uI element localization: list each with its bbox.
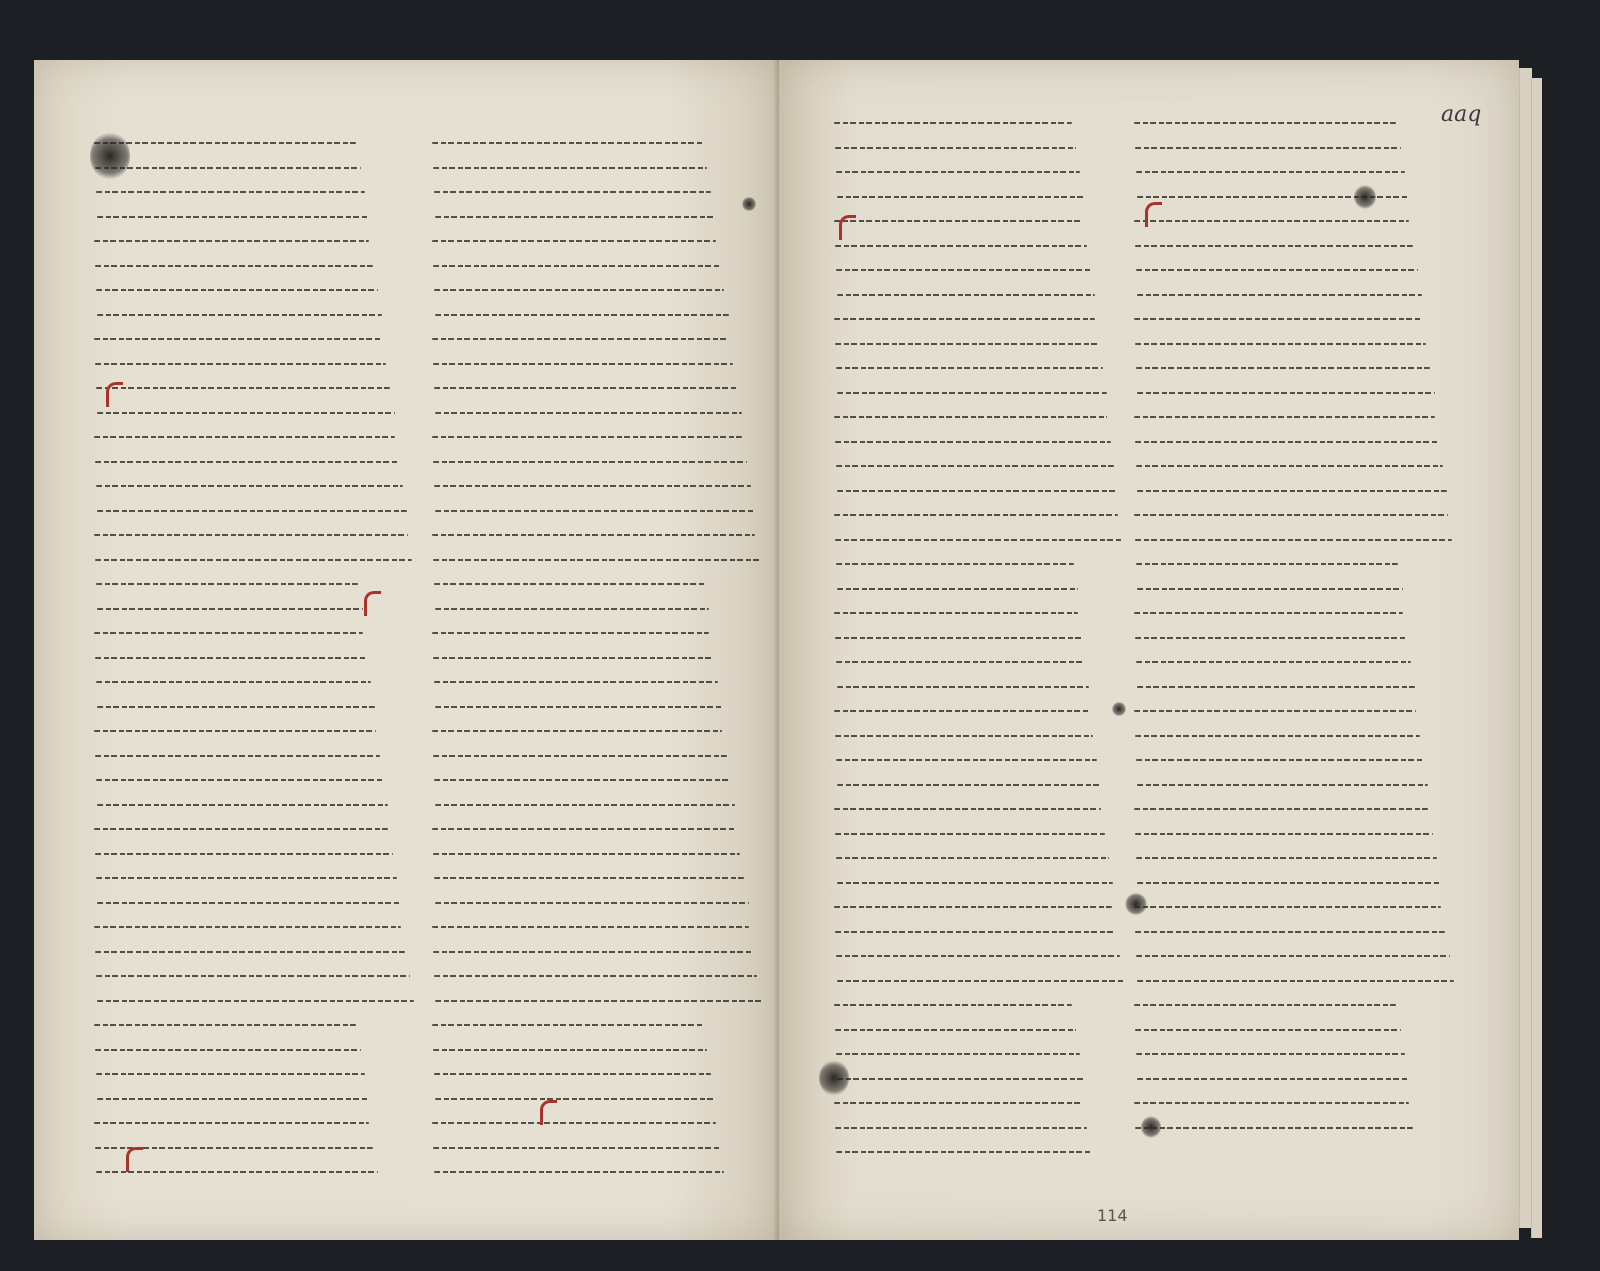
handwritten-line: [834, 318, 1095, 320]
handwritten-line: [97, 216, 369, 218]
handwritten-line: [434, 1073, 711, 1075]
handwritten-line: [1135, 147, 1401, 149]
ink-blot: [1141, 1116, 1161, 1138]
handwritten-line: [834, 1102, 1083, 1104]
handwritten-line: [434, 1171, 724, 1173]
handwritten-line: [97, 1098, 369, 1100]
left-page-column-1: [94, 142, 414, 1196]
handwritten-line: [432, 534, 755, 536]
handwritten-line: [433, 461, 747, 463]
handwritten-line: [1134, 1004, 1396, 1006]
handwritten-line: [434, 485, 751, 487]
red-initial: [1145, 202, 1162, 227]
handwritten-line: [835, 735, 1093, 737]
handwritten-line: [433, 657, 714, 659]
handwritten-line: [1137, 490, 1447, 492]
handwritten-line: [1135, 931, 1445, 933]
handwritten-line: [435, 706, 722, 708]
handwritten-line: [1136, 759, 1424, 761]
pencil-page-number: 114: [1097, 1206, 1128, 1225]
handwritten-line: [836, 269, 1091, 271]
handwritten-line: [1136, 563, 1398, 565]
handwritten-line: [1134, 710, 1416, 712]
handwritten-line: [834, 514, 1118, 516]
handwritten-line: [835, 441, 1111, 443]
handwritten-line: [1136, 269, 1418, 271]
handwritten-line: [835, 539, 1122, 541]
handwritten-line: [835, 1127, 1087, 1129]
handwritten-line: [1134, 808, 1428, 810]
red-initial: [839, 215, 856, 240]
folio-number: ааq: [1441, 102, 1481, 127]
handwritten-line: [835, 1029, 1076, 1031]
handwritten-line: [1137, 294, 1422, 296]
handwritten-line: [1134, 906, 1441, 908]
handwritten-line: [94, 436, 395, 438]
handwritten-line: [95, 755, 380, 757]
handwritten-line: [836, 661, 1085, 663]
handwritten-line: [834, 612, 1078, 614]
handwritten-line: [433, 755, 727, 757]
handwritten-line: [433, 559, 760, 561]
handwritten-line: [1134, 612, 1403, 614]
handwritten-line: [96, 191, 365, 193]
handwritten-line: [1137, 1078, 1409, 1080]
handwritten-line: [1136, 1053, 1405, 1055]
handwritten-line: [1135, 539, 1452, 541]
handwritten-line: [434, 877, 744, 879]
handwritten-line: [97, 608, 363, 610]
handwritten-line: [1136, 955, 1450, 957]
handwritten-line: [96, 779, 384, 781]
handwritten-line: [95, 657, 367, 659]
handwritten-line: [834, 808, 1101, 810]
handwritten-line: [434, 289, 724, 291]
handwritten-line: [96, 485, 403, 487]
handwritten-line: [834, 906, 1112, 908]
handwritten-line: [1137, 392, 1435, 394]
handwritten-line: [97, 412, 395, 414]
handwritten-line: [434, 779, 731, 781]
handwritten-line: [96, 583, 358, 585]
handwritten-line: [432, 632, 709, 634]
page-edge-stack: [1531, 78, 1542, 1238]
ink-blot: [1112, 702, 1126, 716]
handwritten-line: [94, 534, 408, 536]
handwritten-line: [433, 167, 707, 169]
handwritten-line: [435, 1098, 716, 1100]
handwritten-line: [837, 196, 1084, 198]
handwritten-line: [835, 343, 1099, 345]
handwritten-line: [433, 363, 733, 365]
handwritten-line: [435, 510, 755, 512]
handwritten-line: [434, 681, 718, 683]
ink-blot: [90, 132, 130, 180]
handwritten-line: [835, 833, 1105, 835]
handwritten-line: [434, 387, 738, 389]
handwritten-line: [837, 784, 1101, 786]
handwritten-line: [1134, 122, 1396, 124]
handwritten-line: [1134, 416, 1435, 418]
handwritten-line: [95, 853, 393, 855]
handwritten-line: [94, 730, 376, 732]
handwritten-line: [1134, 514, 1448, 516]
handwritten-line: [1137, 980, 1454, 982]
ink-blot: [1125, 893, 1147, 915]
handwritten-line: [1134, 318, 1422, 320]
handwritten-line: [837, 588, 1078, 590]
handwritten-line: [95, 167, 361, 169]
handwritten-line: [433, 853, 740, 855]
red-initial: [364, 591, 381, 616]
handwritten-line: [94, 632, 363, 634]
handwritten-line: [435, 804, 735, 806]
handwritten-line: [834, 220, 1083, 222]
handwritten-line: [837, 980, 1124, 982]
handwritten-line: [1136, 857, 1437, 859]
handwritten-line: [96, 975, 410, 977]
handwritten-line: [835, 637, 1082, 639]
handwritten-line: [95, 363, 386, 365]
handwritten-line: [435, 216, 716, 218]
handwritten-line: [1135, 441, 1439, 443]
handwritten-line: [433, 1049, 707, 1051]
handwritten-line: [835, 931, 1116, 933]
handwritten-line: [435, 608, 709, 610]
handwritten-line: [432, 828, 736, 830]
handwritten-line: [834, 1004, 1072, 1006]
handwritten-line: [1135, 343, 1426, 345]
handwritten-line: [94, 240, 369, 242]
right-page-column-1: [834, 122, 1124, 1176]
handwritten-line: [434, 191, 711, 193]
handwritten-line: [836, 465, 1114, 467]
handwritten-line: [1137, 882, 1441, 884]
handwritten-line: [432, 1024, 703, 1026]
handwritten-line: [837, 490, 1118, 492]
handwritten-line: [95, 951, 405, 953]
handwritten-line: [834, 122, 1072, 124]
handwritten-line: [97, 1000, 414, 1002]
handwritten-line: [1137, 588, 1403, 590]
handwritten-line: [1134, 1102, 1409, 1104]
handwritten-line: [95, 559, 412, 561]
handwritten-line: [94, 142, 356, 144]
ink-blot: [1354, 185, 1376, 209]
handwritten-line: [837, 392, 1107, 394]
handwritten-line: [97, 314, 382, 316]
handwritten-line: [1135, 1127, 1413, 1129]
handwritten-line: [432, 436, 742, 438]
handwritten-line: [836, 1151, 1091, 1153]
handwritten-line: [835, 245, 1087, 247]
handwritten-line: [96, 877, 397, 879]
handwritten-line: [1135, 637, 1407, 639]
handwritten-line: [834, 416, 1107, 418]
left-page-column-2: [432, 142, 762, 1196]
handwritten-line: [837, 686, 1089, 688]
handwritten-line: [95, 461, 399, 463]
handwritten-line: [97, 804, 388, 806]
handwritten-line: [1136, 661, 1411, 663]
handwritten-line: [435, 412, 742, 414]
handwritten-line: [96, 1073, 365, 1075]
handwritten-line: [432, 926, 749, 928]
handwritten-line: [432, 338, 729, 340]
handwritten-line: [1134, 220, 1409, 222]
red-initial: [106, 382, 123, 407]
handwritten-line: [837, 882, 1113, 884]
handwritten-line: [1135, 245, 1413, 247]
handwritten-line: [435, 314, 729, 316]
handwritten-line: [97, 510, 407, 512]
right-page: ааq 114: [779, 60, 1519, 1240]
handwritten-line: [835, 147, 1076, 149]
handwritten-line: [836, 857, 1109, 859]
handwritten-line: [1135, 735, 1420, 737]
handwritten-line: [836, 171, 1080, 173]
handwritten-line: [94, 338, 382, 340]
handwritten-line: [1137, 784, 1428, 786]
handwritten-line: [837, 1078, 1084, 1080]
handwritten-line: [434, 583, 705, 585]
handwritten-line: [836, 367, 1103, 369]
handwritten-line: [434, 975, 757, 977]
handwritten-line: [836, 563, 1074, 565]
handwritten-line: [1137, 686, 1415, 688]
left-page: [34, 60, 779, 1240]
handwritten-line: [94, 1024, 356, 1026]
handwritten-line: [94, 1122, 369, 1124]
handwritten-line: [836, 759, 1097, 761]
handwritten-line: [95, 265, 373, 267]
red-initial: [540, 1100, 557, 1125]
handwritten-line: [834, 710, 1089, 712]
ink-blot: [742, 197, 756, 211]
ink-blot: [819, 1060, 849, 1096]
handwritten-line: [96, 681, 371, 683]
handwritten-line: [435, 902, 749, 904]
red-initial: [126, 1147, 143, 1172]
manuscript-spread: ааq 114: [28, 38, 1568, 1253]
handwritten-line: [95, 1049, 361, 1051]
handwritten-line: [433, 265, 720, 267]
handwritten-line: [836, 955, 1120, 957]
handwritten-line: [1136, 465, 1443, 467]
handwritten-line: [96, 387, 390, 389]
handwritten-line: [836, 1053, 1080, 1055]
handwritten-line: [433, 1147, 720, 1149]
handwritten-line: [433, 951, 753, 953]
handwritten-line: [1135, 1029, 1401, 1031]
right-page-column-2: [1134, 122, 1454, 1151]
handwritten-line: [435, 1000, 762, 1002]
handwritten-line: [837, 294, 1095, 296]
handwritten-line: [432, 240, 716, 242]
handwritten-line: [97, 902, 401, 904]
handwritten-line: [1135, 833, 1433, 835]
handwritten-line: [432, 142, 703, 144]
handwritten-line: [97, 706, 375, 708]
handwritten-line: [96, 289, 378, 291]
handwritten-line: [94, 926, 401, 928]
handwritten-line: [432, 1122, 716, 1124]
handwritten-line: [1136, 367, 1430, 369]
handwritten-line: [94, 828, 388, 830]
handwritten-line: [1136, 171, 1405, 173]
handwritten-line: [432, 730, 722, 732]
